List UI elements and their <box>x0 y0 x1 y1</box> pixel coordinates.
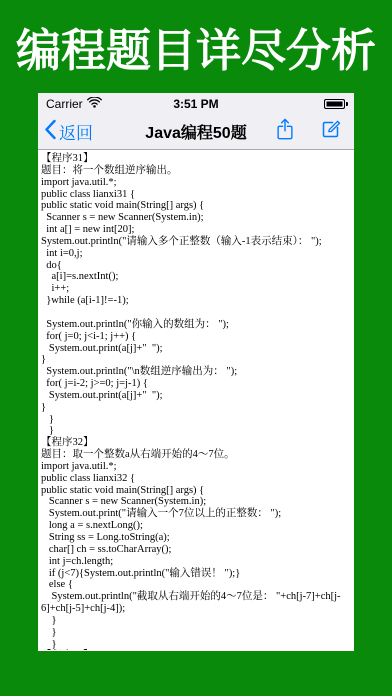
back-button-label: 返回 <box>59 119 93 144</box>
code-line: System.out.print(a[j]+" "); <box>41 390 351 402</box>
code-line: do{ <box>41 260 351 272</box>
code-line: i++; <box>41 283 351 295</box>
nav-bar: 返回 Java编程50题 <box>38 114 354 150</box>
code-line: System.out.println("截取从右端开始的4～7位是： "+ch[… <box>41 591 351 615</box>
code-line: System.out.print(a[j]+" "); <box>41 343 351 355</box>
code-line: } <box>41 402 351 414</box>
code-line: Scanner s = new Scanner(System.in); <box>41 496 351 508</box>
code-line: int a[] = new int[20]; <box>41 224 351 236</box>
chevron-left-icon <box>44 119 56 145</box>
code-line: } <box>41 414 351 426</box>
code-line: public static void main(String[] args) { <box>41 485 351 497</box>
code-line: int j=ch.length; <box>41 556 351 568</box>
code-line: public static void main(String[] args) { <box>41 200 351 212</box>
compose-button[interactable] <box>318 119 344 145</box>
code-line: } <box>41 639 351 650</box>
code-line: } <box>41 615 351 627</box>
code-line: System.out.println("你输入的数组为： "); <box>41 319 351 331</box>
code-line: System.out.println("请输入多个正整数（输入-1表示结束）： … <box>41 236 351 248</box>
code-line: import java.util.*; <box>41 461 351 473</box>
banner: 编程题目详尽分析 <box>0 0 392 93</box>
code-line: System.out.println("\n数组逆序输出为： "); <box>41 366 351 378</box>
code-line <box>41 307 351 319</box>
code-line: } <box>41 627 351 639</box>
code-line: System.out.print("请输入一个7位以上的正整数： "); <box>41 508 351 520</box>
code-line: import java.util.*; <box>41 177 351 189</box>
code-line: String ss = Long.toString(a); <box>41 532 351 544</box>
code-line: 题目：将一个数组逆序输出。 <box>41 165 351 177</box>
app-screenshot: Carrier 3:51 PM 返回 J <box>38 93 354 651</box>
status-bar: Carrier 3:51 PM <box>38 93 354 114</box>
nav-actions <box>272 119 354 145</box>
code-line: char[] ch = ss.toCharArray(); <box>41 544 351 556</box>
code-line: int i=0,j; <box>41 248 351 260</box>
code-scroll-area[interactable]: 【程序31】题目：将一个数组逆序输出。import java.util.*;pu… <box>38 150 354 650</box>
code-line: } <box>41 354 351 366</box>
page-background: { "banner": { "title": "编程题目详尽分析" }, "st… <box>0 0 392 696</box>
code-line: public class lianxi32 { <box>41 473 351 485</box>
share-icon <box>274 116 296 147</box>
code-line: public class lianxi31 { <box>41 189 351 201</box>
code-line: for( j=0; j<i-1; j++) { <box>41 331 351 343</box>
code-line: 【程序31】 <box>41 153 351 165</box>
code-line: if (j<7){System.out.println("输入错误！ ");} <box>41 568 351 580</box>
share-button[interactable] <box>272 119 298 145</box>
code-line: Scanner s = new Scanner(System.in); <box>41 212 351 224</box>
compose-icon <box>319 117 343 146</box>
status-time: 3:51 PM <box>38 97 354 111</box>
code-line: for( j=i-2; j>=0; j=j-1) { <box>41 378 351 390</box>
code-line: } <box>41 425 351 437</box>
page-title: 编程题目详尽分析 <box>16 14 376 79</box>
code-lines: 【程序31】题目：将一个数组逆序输出。import java.util.*;pu… <box>41 153 351 650</box>
code-line: a[i]=s.nextInt(); <box>41 271 351 283</box>
code-line: else { <box>41 579 351 591</box>
code-line: }while (a[i-1]!=-1); <box>41 295 351 307</box>
code-line: long a = s.nextLong(); <box>41 520 351 532</box>
code-line: 【程序32】 <box>41 437 351 449</box>
back-button[interactable]: 返回 <box>38 119 93 145</box>
code-line: 题目：取一个整数a从右端开始的4～7位。 <box>41 449 351 461</box>
